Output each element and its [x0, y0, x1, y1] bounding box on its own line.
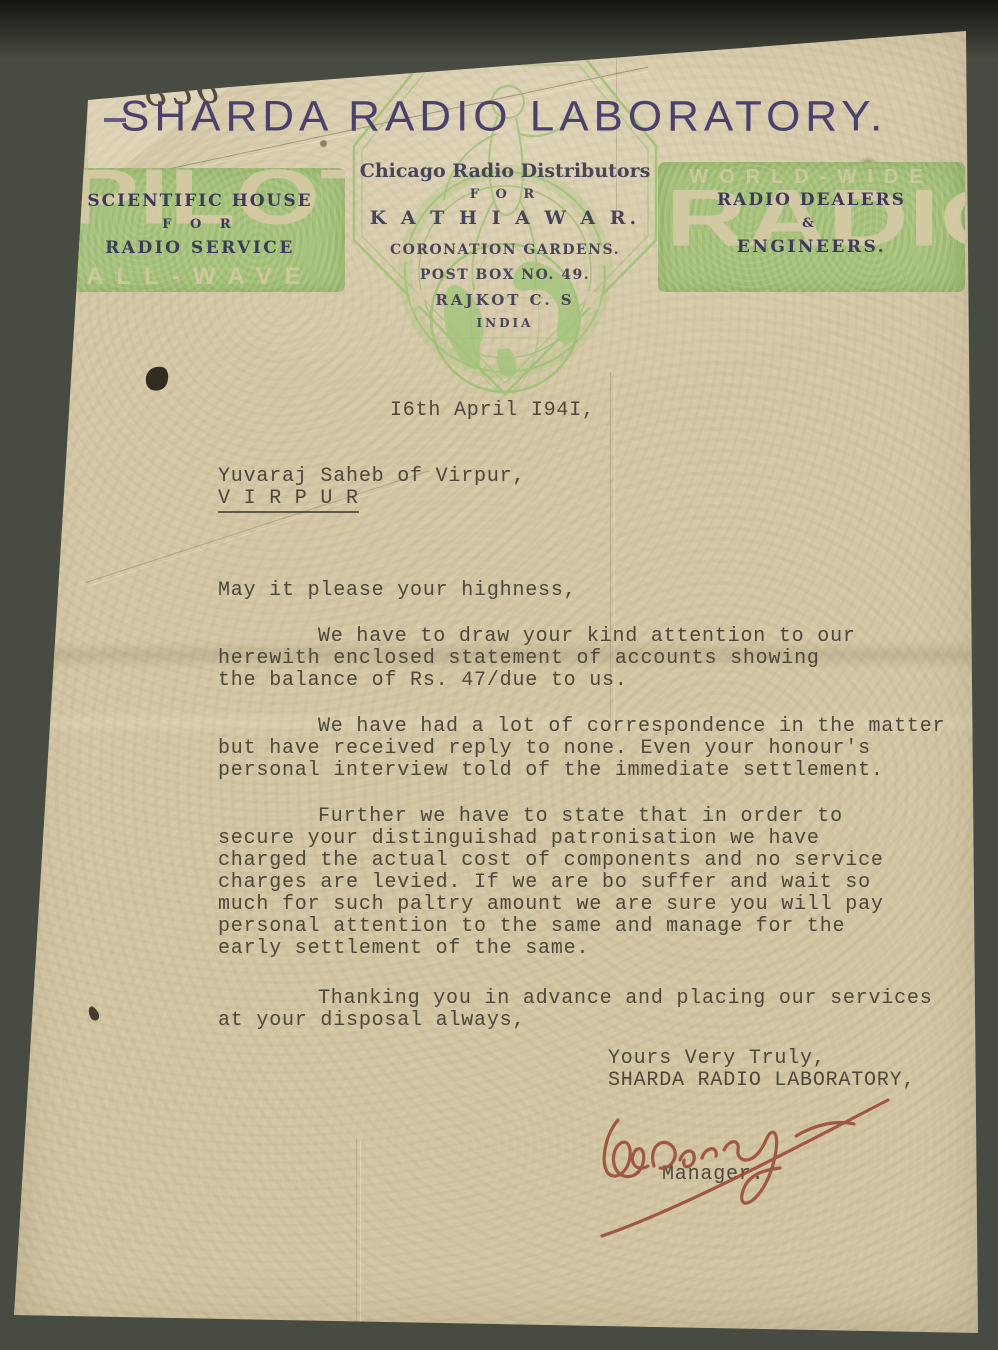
- company-name: SHARDA RADIO LABORATORY.: [120, 93, 910, 141]
- distributor-line: Chicago Radio Distributors: [348, 160, 662, 182]
- country-line: INDIA: [348, 316, 662, 330]
- for-line: F O R: [348, 187, 662, 202]
- paragraph-1: We have to draw your kind attention to o…: [218, 626, 856, 692]
- salutation: May it please your highness,: [218, 580, 576, 602]
- addressee-name: Yuvaraj Saheb of Virpur,: [218, 466, 525, 488]
- street-line: CORONATION GARDENS.: [348, 242, 662, 258]
- paragraph-3: Further we have to state that in order t…: [218, 806, 884, 960]
- manager-signature: [588, 1086, 898, 1246]
- pilot-badge: PILOT ALL-WAVE SCIENTIFIC HOUSE F O R RA…: [55, 168, 345, 292]
- p1-line1: We have to draw your kind attention to o…: [218, 626, 856, 648]
- p2-line1: We have had a lot of correspondence in t…: [218, 716, 945, 738]
- ink-mark: [86, 1005, 101, 1022]
- p3-line6: personal attention to the same and manag…: [218, 916, 884, 938]
- city-line: RAJKOT C. S: [348, 291, 662, 309]
- left-badge-text: SCIENTIFIC HOUSE F O R RADIO SERVICE: [55, 191, 345, 258]
- right-badge-line3: ENGINEERS.: [658, 237, 965, 257]
- p4-line1: Thanking you in advance and placing our …: [218, 988, 933, 1010]
- radio-badge: WORLD-WIDE RADIO RADIO DEALERS & ENGINEE…: [658, 162, 965, 292]
- p4-line2: at your disposal always,: [218, 1010, 933, 1032]
- p3-line3: charged the actual cost of components an…: [218, 850, 884, 872]
- estd-line: ESTD 1935: [388, 40, 608, 62]
- p2-line3: personal interview told of the immediate…: [218, 760, 945, 782]
- right-badge-line1: RADIO DEALERS: [658, 190, 965, 210]
- p1-line3: the balance of Rs. 47/due to us.: [218, 670, 856, 692]
- center-address-block: Chicago Radio Distributors F O R K A T H…: [348, 160, 662, 330]
- closing-valediction: Yours Very Truly,: [608, 1048, 915, 1070]
- stain-dot: [320, 140, 327, 147]
- addressee-block: Yuvaraj Saheb of Virpur, V I R P U R: [218, 466, 525, 510]
- letter-paper: ESTD 1935 856: [0, 0, 998, 1350]
- right-badge-line2: &: [658, 216, 965, 231]
- left-badge-line3: RADIO SERVICE: [55, 238, 345, 258]
- fold-crease-vertical-3: [356, 1140, 361, 1326]
- addressee-city: V I R P U R: [218, 487, 359, 513]
- paragraph-2: We have had a lot of correspondence in t…: [218, 716, 945, 782]
- photo-backdrop: ESTD 1935 856: [0, 0, 998, 1350]
- paragraph-4: Thanking you in advance and placing our …: [218, 988, 933, 1032]
- p3-line4: charges are levied. If we are bo suffer …: [218, 872, 884, 894]
- right-badge-text: RADIO DEALERS & ENGINEERS.: [658, 190, 965, 257]
- p3-line1: Further we have to state that in order t…: [218, 806, 884, 828]
- p3-line7: early settlement of the same.: [218, 938, 884, 960]
- ink-blot: [143, 363, 172, 394]
- allwave-word: ALL-WAVE: [55, 265, 345, 289]
- left-badge-line2: F O R: [55, 217, 345, 232]
- p1-line2: herewith enclosed statement of accounts …: [218, 648, 856, 670]
- region-line: K A T H I A W A R.: [348, 207, 662, 229]
- left-badge-line1: SCIENTIFIC HOUSE: [55, 191, 345, 211]
- date-line: I6th April I94I,: [390, 400, 595, 422]
- p3-line2: secure your distinguishad patronisation …: [218, 828, 884, 850]
- p2-line2: but have received reply to none. Even yo…: [218, 738, 945, 760]
- postbox-line: POST BOX NO. 49.: [348, 267, 662, 283]
- p3-line5: much for such paltry amount we are sure …: [218, 894, 884, 916]
